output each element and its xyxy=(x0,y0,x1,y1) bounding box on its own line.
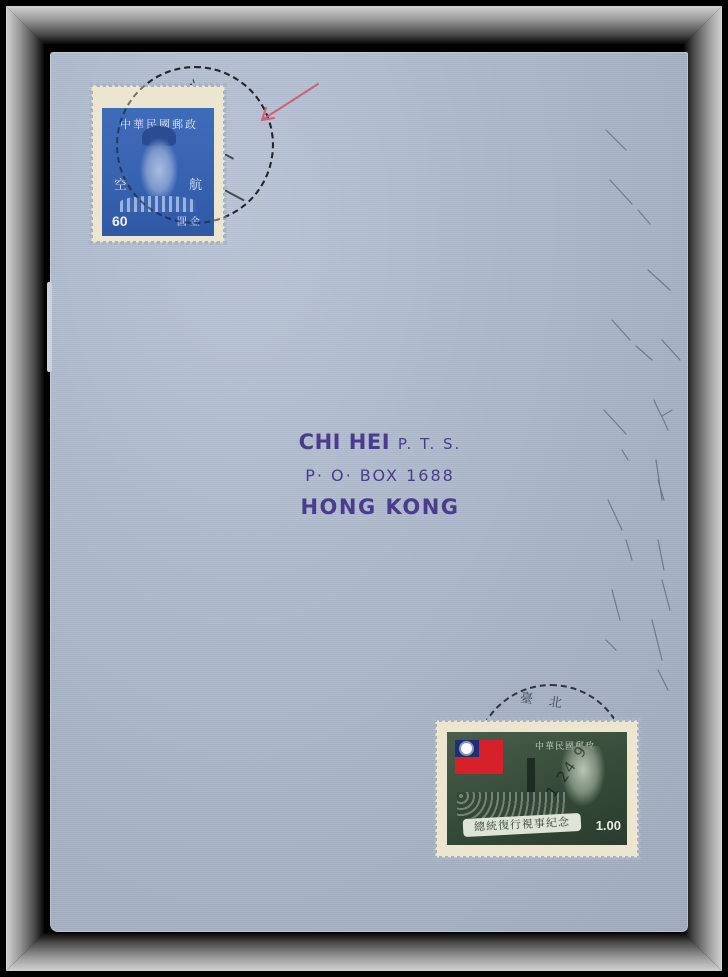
sun-icon xyxy=(461,743,472,754)
pencil-handwriting xyxy=(592,120,682,720)
frame-bevel-right xyxy=(684,6,722,971)
recipient-address: CHI HEI P. T. S. P· O· BOX 1688 HONG KON… xyxy=(230,428,530,522)
recipient-suffix: P. T. S. xyxy=(398,435,461,453)
frame-bevel-bottom xyxy=(6,933,722,971)
flag-icon xyxy=(455,740,503,774)
arrow-annotation-icon xyxy=(252,80,322,130)
frame-bevel-top xyxy=(6,6,722,44)
frame-bevel-left xyxy=(6,6,44,971)
stamp-denomination: 60 xyxy=(112,213,128,229)
address-line-1: CHI HEI P. T. S. xyxy=(230,428,530,458)
stamp-design: 中華民國郵政 總統復行視事紀念 1.00 1 24 9 xyxy=(447,732,627,845)
address-line-2: P· O· BOX 1688 xyxy=(230,460,530,492)
stamp-denomination: 1.00 xyxy=(596,818,621,833)
postmark-top-overlay xyxy=(116,66,274,224)
flag-canton xyxy=(455,740,479,757)
address-line-3: HONG KONG xyxy=(230,492,530,522)
recipient-name: CHI HEI xyxy=(299,430,390,454)
stamp-commemorative-green: 中華民國郵政 總統復行視事紀念 1.00 1 24 9 xyxy=(436,721,638,857)
